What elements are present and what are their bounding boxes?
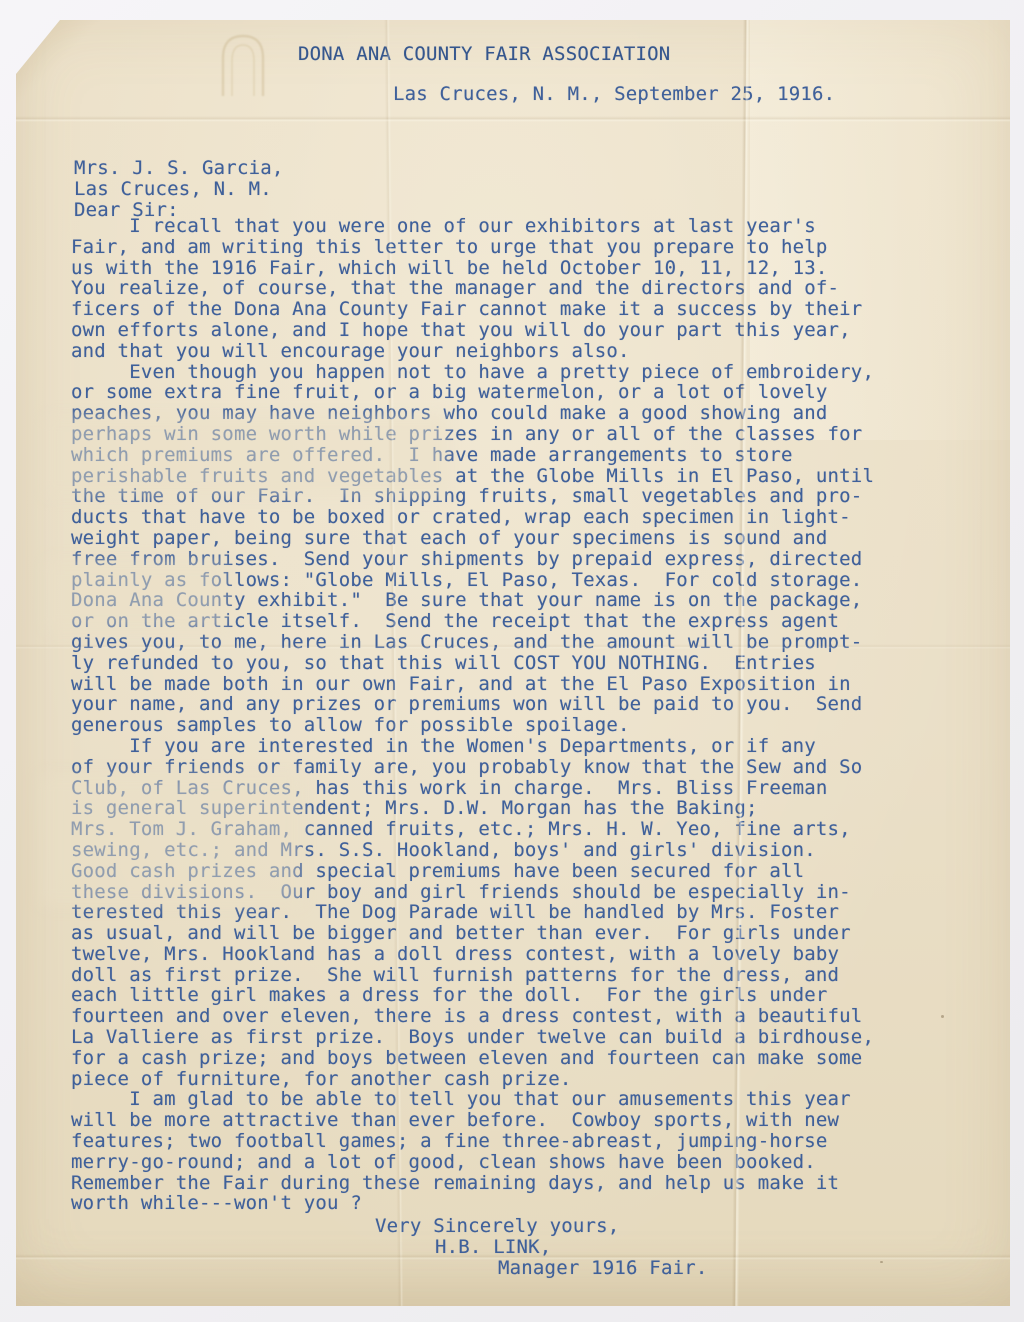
paragraph-1: I recall that you were one of our exhibi… xyxy=(71,216,874,362)
embossed-seal-watermark xyxy=(214,28,272,100)
scan-speck xyxy=(880,1261,883,1263)
fold-crease-horizontal-top xyxy=(16,116,1010,122)
letter-heading: DONA ANA COUNTY FAIR ASSOCIATION xyxy=(298,44,670,65)
scan-background: DONA ANA COUNTY FAIR ASSOCIATION Las Cru… xyxy=(0,0,1024,1322)
letter-dateline: Las Cruces, N. M., September 25, 1916. xyxy=(393,84,835,105)
recipient-name: Mrs. J. S. Garcia, xyxy=(74,158,284,179)
paragraph-3: If you are interested in the Women's Dep… xyxy=(71,736,874,1090)
paragraph-4: I am glad to be able to tell you that ou… xyxy=(71,1089,874,1214)
recipient-city: Las Cruces, N. M. xyxy=(74,179,272,200)
paragraph-2: Even though you happen not to have a pre… xyxy=(71,362,874,736)
corner-fold-shade xyxy=(16,20,106,120)
signature-name: H.B. LINK, xyxy=(435,1237,551,1258)
closing-valediction: Very Sincerely yours, xyxy=(375,1216,619,1237)
signature-title: Manager 1916 Fair. xyxy=(498,1258,708,1279)
letter-paper: DONA ANA COUNTY FAIR ASSOCIATION Las Cru… xyxy=(16,20,1010,1306)
scan-speck xyxy=(941,1015,944,1018)
letter-body: I recall that you were one of our exhibi… xyxy=(71,216,874,1214)
